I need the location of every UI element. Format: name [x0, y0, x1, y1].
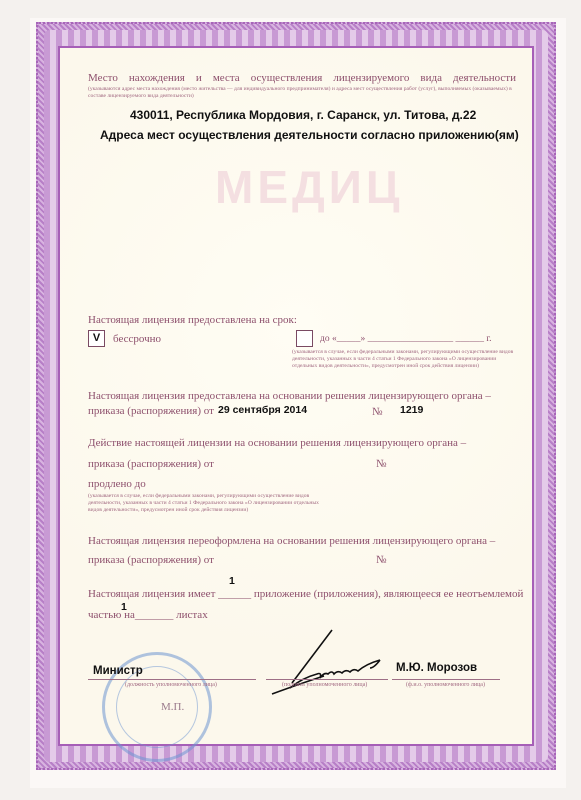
name-line	[392, 679, 500, 680]
stamp-label: М.П.	[161, 701, 184, 713]
appendix-line1: Настоящая лицензия имеет ______ приложен…	[88, 588, 523, 600]
perpetual-label: бессрочно	[113, 333, 161, 345]
until-checkbox[interactable]	[296, 330, 313, 347]
address-value: 430011, Республика Мордовия, г. Саранск,…	[130, 108, 476, 122]
position-value: Министр	[93, 665, 143, 677]
appendix-line2: частью на_______ листах	[88, 609, 208, 621]
reissued-line1: Настоящая лицензия переоформлена на осно…	[88, 535, 495, 547]
until-hint: (указывается в случае, если федеральными…	[292, 349, 520, 370]
extended-line1: Действие настоящей лицензии на основании…	[88, 437, 466, 449]
extended-hint: (указывается в случае, если федеральными…	[88, 493, 328, 514]
position-line	[88, 679, 256, 680]
extended-num-label: №	[376, 458, 387, 470]
location-hint: (указываются адрес места нахождения (мес…	[88, 86, 516, 100]
location-heading: Место нахождения и места осуществления л…	[88, 72, 516, 84]
signature-line	[266, 679, 388, 680]
perpetual-checkbox[interactable]: V	[88, 330, 105, 347]
reissued-line2: приказа (распоряжения) от	[88, 554, 214, 566]
granted-line2: приказа (распоряжения) от	[88, 405, 214, 417]
term-label: Настоящая лицензия предоставлена на срок…	[88, 314, 297, 326]
extended-until-label: продлено до	[88, 478, 146, 490]
until-text: до «_____» __________________ ______ г.	[320, 334, 492, 344]
signature-hint: (подпись уполномоченного лица)	[282, 682, 367, 689]
name-hint: (ф.и.о. уполномоченного лица)	[406, 682, 485, 689]
granted-number: 1219	[400, 404, 423, 416]
watermark: МЕДИЦ	[215, 160, 403, 214]
granted-num-label: №	[372, 406, 383, 418]
granted-line1: Настоящая лицензия предоставлена на осно…	[88, 390, 491, 402]
extended-line2: приказа (распоряжения) от	[88, 458, 214, 470]
appendix-count: 1	[229, 575, 235, 587]
position-hint: (должность уполномоченного лица)	[125, 682, 217, 689]
reissued-num-label: №	[376, 554, 387, 566]
addresses-note: Адреса мест осуществления деятельности с…	[100, 128, 519, 142]
signatory-name: М.Ю. Морозов	[396, 662, 477, 674]
granted-date: 29 сентября 2014	[218, 404, 307, 416]
